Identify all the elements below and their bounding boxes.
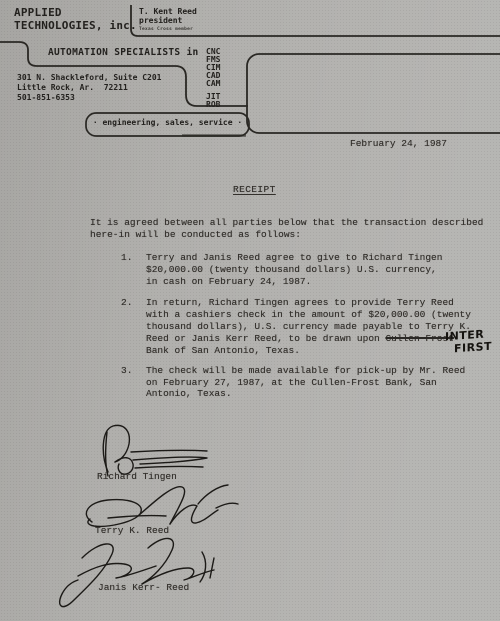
document-date: February 24, 1987 (350, 138, 447, 149)
president-title: president (139, 16, 182, 25)
item2-line5: Bank of San Antonio, Texas. (146, 345, 300, 356)
item2-line4: Reed or Janis Kerr Reed, to be drawn upo… (146, 333, 454, 344)
item3-line1: The check will be made available for pic… (146, 365, 465, 376)
phone-number: 501-851-6353 (17, 93, 75, 103)
intro-line2: here-in will be conducted as follows: (90, 229, 301, 240)
item2-line3: thousand dollars), U.S. currency made pa… (146, 321, 471, 332)
tagline: AUTOMATION SPECIALISTS in (48, 47, 199, 58)
item1-line3: in cash on February 24, 1987. (146, 276, 311, 287)
handwritten-correction-word2: FIRST (454, 340, 492, 356)
janis-kerr-reed-signature-scribble (52, 530, 237, 620)
item2-number: 2. (121, 297, 132, 308)
president-note: Texas Cross member (139, 27, 193, 32)
intro-line1: It is agreed between all parties below t… (90, 217, 483, 228)
scanned-receipt-document: APPLIED TECHNOLOGIES, inc. T. Kent Reed … (0, 0, 500, 621)
item1-number: 1. (121, 252, 132, 263)
footer-banner: · engineering, sales, service · (86, 118, 249, 127)
item2-line4-prefix: Reed or Janis Kerr Reed, to be drawn upo… (146, 333, 385, 344)
address-line1: 301 N. Shackleford, Suite C201 (17, 73, 162, 83)
item1-line2: $20,000.00 (twenty thousand dollars) U.S… (146, 264, 437, 275)
service-rob: ROB (206, 101, 220, 109)
company-name-line2: TECHNOLOGIES, inc. (14, 20, 137, 32)
item3-line2: on February 27, 1987, at the Cullen-Fros… (146, 377, 437, 388)
address-line2: Little Rock, Ar. 72211 (17, 83, 128, 93)
document-title: RECEIPT (233, 184, 276, 195)
strikethrough-bank-name: Cullen-Frost (385, 333, 453, 344)
item3-line3: Antonio, Texas. (146, 388, 232, 399)
item3-number: 3. (121, 365, 132, 376)
item2-line1: In return, Richard Tingen agrees to prov… (146, 297, 454, 308)
typed-name-janis-kerr-reed: Janis Kerr- Reed (98, 582, 189, 593)
item1-line1: Terry and Janis Reed agree to give to Ri… (146, 252, 442, 263)
company-name-line1: APPLIED (14, 7, 62, 19)
item2-line2: with a cashiers check in the amount of $… (146, 309, 471, 320)
president-name: T. Kent Reed (139, 7, 197, 16)
service-cam: CAM (206, 80, 220, 88)
